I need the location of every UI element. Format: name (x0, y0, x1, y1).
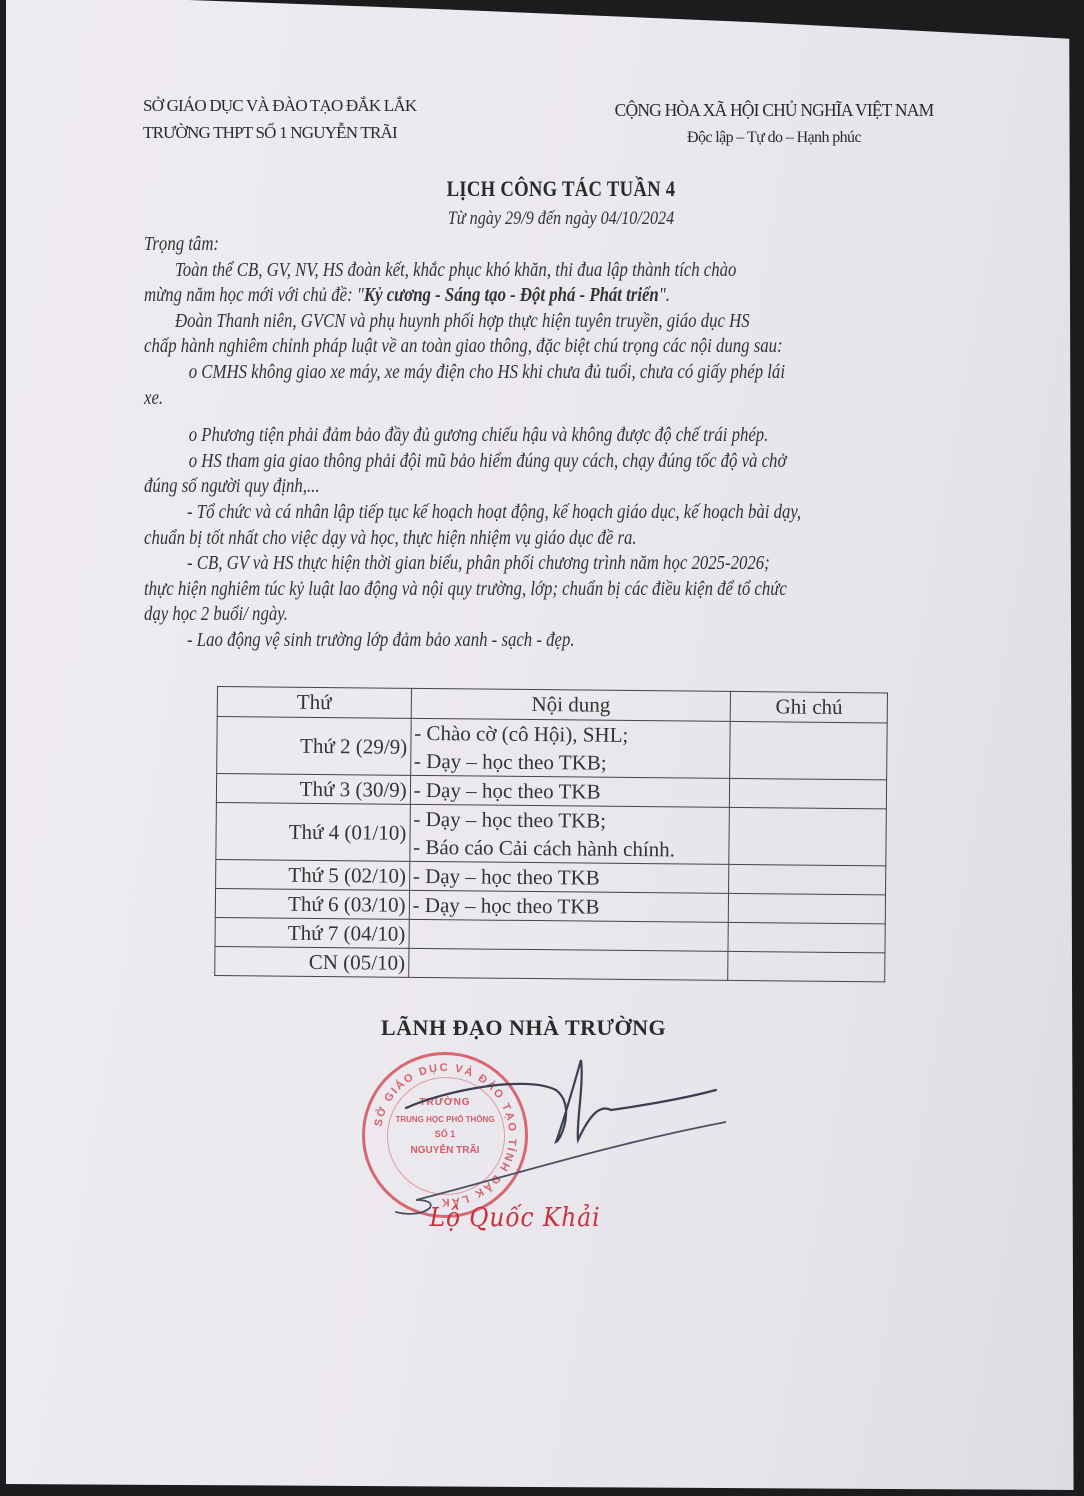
schedule-day: CN (05/10) (215, 946, 409, 977)
bullet-line: đúng số người quy định,... (144, 474, 972, 500)
national-motto: Độc lập – Tự do – Hạnh phúc (584, 124, 964, 152)
content-line: - Dạy – học theo TKB (414, 776, 727, 807)
schedule-content (409, 919, 729, 951)
schedule-note (730, 721, 887, 779)
paragraph-line: mừng năm học mới với chủ đề: "Kỷ cương -… (144, 283, 972, 309)
school-name: TRƯỜNG THPT SỐ 1 NGUYỄN TRÃI (143, 119, 416, 146)
table-row: Thứ 4 (01/10)- Dạy – học theo TKB;- Báo … (216, 802, 887, 865)
schedule-note (730, 778, 887, 809)
focus-label: Trọng tâm: (144, 232, 972, 258)
signer-name: Lộ Quốc Khải (429, 1203, 600, 1233)
schedule-content (408, 948, 728, 980)
bullet-line: xe. (144, 386, 972, 412)
content-line (412, 949, 725, 980)
table-row: CN (05/10) (215, 946, 885, 981)
schedule-day: Thứ 7 (04/10) (215, 917, 409, 948)
bullet-line: o Phương tiện phải đảm bảo đầy đủ gương … (144, 423, 1017, 449)
schedule-content: - Dạy – học theo TKB (409, 861, 729, 893)
dash-line: - CB, GV và HS thực hiện thời gian biểu,… (144, 551, 1015, 577)
content-line: - Dạy – học theo TKB (413, 862, 726, 893)
schedule-day: Thứ 6 (03/10) (215, 888, 409, 919)
department-name: SỞ GIÁO DỤC VÀ ĐÀO TẠO ĐẮK LẮK (143, 92, 416, 119)
schedule-note (729, 893, 886, 924)
schedule-note (729, 864, 886, 895)
theme-text: Kỷ cương - Sáng tạo - Đột phá - Phát tri… (364, 285, 659, 306)
issuing-authority: SỞ GIÁO DỤC VÀ ĐÀO TẠO ĐẮK LẮK TRƯỜNG TH… (143, 92, 416, 146)
national-heading: CỘNG HÒA XÃ HỘI CHỦ NGHĨA VIỆT NAM Độc l… (584, 96, 964, 152)
schedule-note (728, 951, 885, 982)
dash-line: - Lao động vệ sinh trường lớp đảm bảo xa… (144, 628, 1015, 654)
schedule-day: Thứ 3 (30/9) (216, 774, 410, 805)
document-page: SỞ GIÁO DỤC VÀ ĐÀO TẠO ĐẮK LẮK TRƯỜNG TH… (6, 0, 1080, 1490)
column-header-note: Ghi chú (731, 691, 888, 723)
republic-name: CỘNG HÒA XÃ HỘI CHỦ NGHĨA VIỆT NAM (584, 96, 964, 124)
bullet-line: o CMHS không giao xe máy, xe máy điện ch… (144, 360, 1017, 386)
schedule-day: Thứ 4 (01/10) (216, 802, 410, 861)
column-header-content: Nội dung (411, 688, 731, 721)
document-date-range: Từ ngày 29/9 đến ngày 04/10/2024 (208, 208, 914, 230)
schedule-content: - Chào cờ (cô Hội), SHL;- Dạy – học theo… (410, 718, 730, 778)
content-line: - Chào cờ (cô Hội), SHL; (414, 719, 727, 750)
schedule-note (729, 807, 886, 865)
schedule-content: - Dạy – học theo TKB (410, 775, 730, 807)
dash-line: chuẩn bị tốt nhất cho việc dạy và học, t… (144, 526, 972, 552)
content-line: - Dạy – học theo TKB (412, 891, 725, 922)
document-title: LỊCH CÔNG TÁC TUẦN 4 (208, 176, 914, 202)
paragraph-line: Đoàn Thanh niên, GVCN và phụ huynh phối … (144, 309, 1003, 335)
dash-line: - Tổ chức và cá nhân lập tiếp tục kế hoạ… (144, 500, 1015, 526)
paragraph-line: chấp hành nghiêm chỉnh pháp luật về an t… (144, 334, 972, 360)
dash-line: thực hiện nghiêm túc kỷ luật lao động và… (144, 577, 972, 603)
leadership-label: LÃNH ĐẠO NHÀ TRƯỜNG (381, 1015, 666, 1041)
table-row: Thứ 2 (29/9)- Chào cờ (cô Hội), SHL;- Dạ… (217, 717, 888, 780)
dash-line: dạy học 2 buổi/ ngày. (144, 602, 972, 628)
bullet-line: o HS tham gia giao thông phải đội mũ bảo… (144, 449, 1017, 475)
content-line: - Báo cáo Cải cách hành chính. (413, 833, 726, 864)
schedule-content: - Dạy – học theo TKB (409, 890, 729, 922)
column-header-day: Thứ (217, 687, 411, 719)
content-line: - Dạy – học theo TKB; (413, 805, 726, 836)
weekly-schedule-table: Thứ Nội dung Ghi chú Thứ 2 (29/9)- Chào … (214, 686, 888, 982)
content-line: - Dạy – học theo TKB; (414, 747, 727, 778)
schedule-content: - Dạy – học theo TKB;- Báo cáo Cải cách … (410, 804, 730, 864)
content-line (412, 920, 725, 951)
schedule-day: Thứ 2 (29/9) (217, 717, 411, 776)
schedule-note (728, 922, 885, 953)
schedule-day: Thứ 5 (02/10) (216, 859, 410, 890)
paragraph-line: Toàn thể CB, GV, NV, HS đoàn kết, khắc p… (144, 258, 1003, 284)
document-body: Trọng tâm: Toàn thể CB, GV, NV, HS đoàn … (144, 232, 974, 654)
